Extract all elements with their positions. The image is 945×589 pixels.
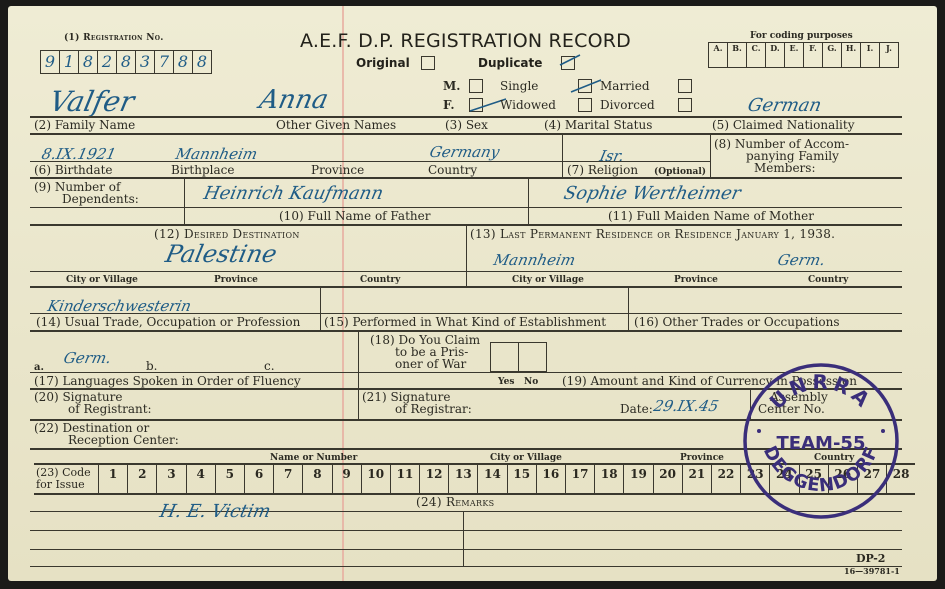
pow-no-box[interactable] bbox=[518, 342, 547, 372]
occupation-label: (14) Usual Trade, Occupation or Professi… bbox=[36, 316, 300, 329]
divider bbox=[466, 224, 467, 288]
divider bbox=[320, 286, 321, 331]
divider bbox=[30, 330, 902, 332]
divider bbox=[30, 271, 902, 272]
reg-digit: 2 bbox=[98, 51, 117, 73]
code-cell[interactable]: 18 bbox=[595, 465, 624, 493]
reg-digit: 9 bbox=[41, 51, 60, 73]
divorced-checkbox[interactable] bbox=[678, 98, 692, 112]
nationality-value[interactable]: German bbox=[745, 94, 823, 118]
marital-status-label: (4) Marital Status bbox=[544, 119, 652, 132]
nationality-label: (5) Claimed Nationality bbox=[712, 119, 855, 132]
remarks-signature[interactable]: H. E. Victim bbox=[157, 500, 272, 524]
divider bbox=[30, 161, 710, 162]
divider bbox=[30, 207, 902, 208]
remarks-line bbox=[30, 549, 902, 550]
code-cell[interactable]: 9 bbox=[333, 465, 362, 493]
divider bbox=[528, 177, 529, 225]
pow-yes-box[interactable] bbox=[490, 342, 519, 372]
code-cell[interactable]: 22 bbox=[712, 465, 741, 493]
code-cell[interactable]: 8 bbox=[303, 465, 332, 493]
last-residence-label: (13) Last Permanent Residence or Residen… bbox=[470, 228, 835, 241]
code-cell[interactable]: 11 bbox=[391, 465, 420, 493]
coding-cell: G. bbox=[823, 43, 842, 67]
form-code: DP-2 bbox=[856, 552, 885, 565]
destination-value[interactable]: Palestine bbox=[163, 242, 279, 266]
remarks-line bbox=[30, 530, 902, 531]
sex-m-checkbox[interactable] bbox=[469, 79, 483, 93]
birthplace-label: Birthplace bbox=[171, 164, 234, 177]
religion-label: (7) Religion bbox=[567, 164, 638, 177]
reg-digit: 8 bbox=[79, 51, 98, 73]
given-names-label: Other Given Names bbox=[276, 119, 396, 132]
coding-cell: C. bbox=[747, 43, 766, 67]
code-cell[interactable]: 21 bbox=[683, 465, 712, 493]
birth-province-label: Province bbox=[311, 164, 364, 177]
coding-cell: I. bbox=[861, 43, 880, 67]
unrra-stamp-icon: UNRRA TEAM-55 DEGGENDORF bbox=[741, 361, 901, 521]
divider bbox=[30, 313, 902, 314]
sex-f-checkbox[interactable] bbox=[469, 98, 483, 112]
birth-country-label: Country bbox=[428, 164, 477, 177]
code-cell[interactable]: 5 bbox=[216, 465, 245, 493]
remarks-line bbox=[30, 566, 902, 567]
date-label: Date: bbox=[620, 403, 653, 416]
code-cell[interactable]: 17 bbox=[566, 465, 595, 493]
code-cell[interactable]: 14 bbox=[478, 465, 507, 493]
coding-cell: A. bbox=[709, 43, 728, 67]
original-checkbox[interactable] bbox=[421, 56, 435, 70]
code-cell[interactable]: 19 bbox=[624, 465, 653, 493]
svg-text:TEAM-55: TEAM-55 bbox=[777, 433, 866, 454]
coding-cell: E. bbox=[785, 43, 804, 67]
original-label: Original bbox=[356, 56, 410, 70]
checkmark-icon bbox=[558, 53, 582, 67]
divider bbox=[463, 511, 464, 566]
widowed-label: Widowed bbox=[500, 99, 556, 112]
document-title: A.E.F. D.P. REGISTRATION RECORD bbox=[300, 30, 631, 52]
dependents-label-2: Dependents: bbox=[62, 193, 139, 206]
married-checkbox[interactable] bbox=[678, 79, 692, 93]
divider bbox=[30, 133, 902, 135]
registrar-signature-label-2: of Registrar: bbox=[395, 403, 472, 416]
divider bbox=[30, 286, 902, 288]
other-trades-label: (16) Other Trades or Occupations bbox=[634, 316, 840, 329]
accompanying-label-3: Members: bbox=[754, 162, 816, 175]
single-label: Single bbox=[500, 80, 538, 93]
given-names-value[interactable]: Anna bbox=[257, 88, 330, 112]
widowed-checkbox[interactable] bbox=[578, 98, 592, 112]
sex-f-label: F. bbox=[443, 99, 455, 112]
duplicate-checkbox[interactable] bbox=[561, 56, 575, 70]
languages-label: (17) Languages Spoken in Order of Fluenc… bbox=[34, 375, 301, 388]
code-cell[interactable]: 12 bbox=[420, 465, 449, 493]
duplicate-label: Duplicate bbox=[478, 56, 542, 70]
code-cell[interactable]: 1 bbox=[99, 465, 128, 493]
registrant-signature-label-2: of Registrant: bbox=[68, 403, 152, 416]
remarks-label: (24) Remarks bbox=[416, 496, 494, 509]
coding-cell: D. bbox=[766, 43, 785, 67]
married-label: Married bbox=[600, 80, 650, 93]
last-residence-country-value[interactable]: Germ. bbox=[775, 248, 827, 272]
coding-cell: F. bbox=[804, 43, 823, 67]
pow-label-3: oner of War bbox=[395, 358, 466, 371]
date-value[interactable]: 29.IX.45 bbox=[651, 394, 720, 418]
code-cell[interactable]: 6 bbox=[245, 465, 274, 493]
language-a-value[interactable]: Germ. bbox=[61, 346, 113, 370]
mother-label: (11) Full Maiden Name of Mother bbox=[608, 210, 814, 223]
code-cell[interactable]: 2 bbox=[128, 465, 157, 493]
reg-digit: 8 bbox=[174, 51, 193, 73]
reg-digit: 8 bbox=[193, 51, 211, 73]
coding-cell: H. bbox=[842, 43, 861, 67]
family-name-value[interactable]: Valfer bbox=[47, 90, 136, 114]
father-name-value[interactable]: Heinrich Kaufmann bbox=[201, 182, 385, 206]
last-residence-city-value[interactable]: Mannheim bbox=[491, 248, 577, 272]
divider bbox=[562, 133, 563, 177]
mother-name-value[interactable]: Sophie Wertheimer bbox=[561, 182, 742, 206]
reg-digit: 8 bbox=[117, 51, 136, 73]
father-label: (10) Full Name of Father bbox=[279, 210, 430, 223]
divider bbox=[184, 177, 185, 225]
divider bbox=[358, 330, 359, 420]
registration-label: (1) Registration No. bbox=[64, 32, 164, 45]
birthdate-label: (6) Birthdate bbox=[34, 164, 113, 177]
divider bbox=[710, 133, 711, 177]
reg-digit: 7 bbox=[155, 51, 174, 73]
coding-cell: J. bbox=[880, 43, 898, 67]
code-cell[interactable]: 15 bbox=[508, 465, 537, 493]
code-cell[interactable]: 20 bbox=[654, 465, 683, 493]
code-cell[interactable]: 3 bbox=[157, 465, 186, 493]
divider bbox=[30, 177, 902, 179]
print-code: 16—39781-1 bbox=[844, 566, 900, 576]
reception-label-2: Reception Center: bbox=[68, 434, 179, 447]
divorced-label: Divorced bbox=[600, 99, 655, 112]
coding-boxes: A. B. C. D. E. F. G. H. I. J. bbox=[708, 42, 899, 68]
divider bbox=[628, 286, 629, 331]
code-cell[interactable]: 13 bbox=[449, 465, 478, 493]
sex-m-label: M. bbox=[443, 80, 460, 93]
code-label-2: for Issue bbox=[36, 478, 85, 491]
registration-number-boxes: 9 1 8 2 8 3 7 8 8 bbox=[40, 50, 212, 74]
checkmark-icon bbox=[569, 78, 603, 94]
code-cell[interactable]: 4 bbox=[187, 465, 216, 493]
sex-label: (3) Sex bbox=[445, 119, 488, 132]
establishment-label: (15) Performed in What Kind of Establish… bbox=[324, 316, 606, 329]
single-checkbox[interactable] bbox=[578, 79, 592, 93]
code-cell[interactable]: 10 bbox=[362, 465, 391, 493]
code-cell[interactable]: 16 bbox=[537, 465, 566, 493]
reg-digit: 3 bbox=[136, 51, 155, 73]
code-cell[interactable]: 7 bbox=[274, 465, 303, 493]
coding-cell: B. bbox=[728, 43, 747, 67]
reg-digit: 1 bbox=[60, 51, 79, 73]
code-for-issue-label: (23) Code for Issue bbox=[34, 465, 99, 493]
registration-card: (1) Registration No. 9 1 8 2 8 3 7 8 8 A… bbox=[8, 6, 937, 581]
family-name-label: (2) Family Name bbox=[34, 119, 135, 132]
